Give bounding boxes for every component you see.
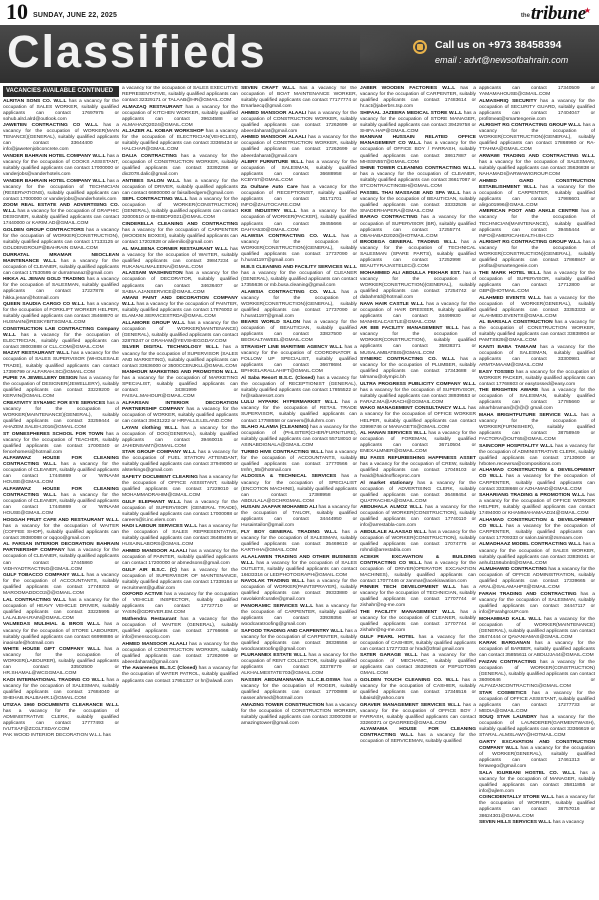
classified-ad: MANNAM HUSSAIN RELATED OFFICE MANAGEMENT… bbox=[360, 135, 476, 165]
classified-ad: SILVER DIGITAL TECHNOLOGY W.L.L has a va… bbox=[122, 345, 238, 369]
classified-ad: SATER GARAGE W.L.L has a vacancy for the… bbox=[360, 653, 476, 677]
classifieds-banner: Classifieds Call us on +973 38458394 ema… bbox=[0, 25, 599, 83]
masthead-logo: the tribune ★ bbox=[521, 3, 591, 25]
classified-ad: SLAHO ALAMIA (CLEANING) has a vacancy fo… bbox=[241, 425, 357, 449]
classified-ad: AR BIB FACILITY MANAGEMENT W.L.L has a v… bbox=[360, 326, 476, 356]
classified-ad: PASSEL THAI MASSAGE AND SPA W.L.L has a … bbox=[360, 191, 476, 215]
classified-ad: SAFETY DOCUMENT CLEARING has a vacancy f… bbox=[122, 475, 238, 499]
classified-ad: GARTY EXCAVATION AND CONSTRUCTION COMPAN… bbox=[479, 740, 595, 770]
classified-ad: MAHA BRIGHTFUTURE SERVICE W.L.L has a va… bbox=[479, 413, 595, 443]
classified-ad: Za Oultane Auto Care has a vacancy for t… bbox=[241, 185, 357, 209]
classified-ad: THE MARK HOTEL W.L.L has a vacancy for t… bbox=[479, 271, 595, 295]
page-header: 10 SUNDAY, JUNE 22, 2025 the tribune ★ bbox=[0, 0, 599, 24]
classified-ad: SEVEN CRAFT W.L.L has a vacancy for the … bbox=[241, 86, 357, 110]
classified-ad: MAZAT RESTAURANT W.L.L has a vacancy for… bbox=[3, 351, 119, 375]
classified-ad: THE FACILITY MANAGEMENT W.L.L has a vaca… bbox=[360, 610, 476, 634]
classified-ad: JABER WOODEN FACTORIES W.L.L has a vacan… bbox=[360, 86, 476, 110]
classified-ad: AMANI PAINT AND DECORATION COMPANY W.L.L… bbox=[122, 296, 238, 320]
classified-ad: STAR GROUP COMPANY W.L.L has a vacancy f… bbox=[122, 450, 238, 474]
ad-list: a vacancy for the occupation of SALES EX… bbox=[122, 86, 238, 685]
classified-ad: SHINE TOWER CLEANING CONTRACTING W.L.L h… bbox=[360, 166, 476, 190]
classified-ad: NASSER ABDUMANNAMA S.L.C.B.OSWA has a va… bbox=[241, 678, 357, 702]
classified-ad: ALYAMAMA HOUSE FOR CLEANING CONTRACTING … bbox=[360, 727, 476, 745]
classified-ad: GULF ELEPHANT W.L.L has a vacancy for th… bbox=[122, 500, 238, 524]
classifieds-columns: VACANCIES AVAILABLE CONTINUED ALRITAN SO… bbox=[3, 86, 596, 898]
classified-ad: GULF AIR B.S.C. (C) has a vacancy for th… bbox=[122, 568, 238, 592]
classified-ad: KKE INDUSTRY W.L.L has a vacancy for the… bbox=[241, 209, 357, 233]
classified-ad: KADI INTERNATIONAL TRADING CO W.L.L has … bbox=[3, 678, 119, 702]
classified-ad: ABDULALE ALAASAD W.L.L has a vacancy for… bbox=[360, 530, 476, 554]
section-title: Classifieds bbox=[7, 29, 267, 74]
classified-ad: AHMED MANSOOR ALAALI has a vacancy for t… bbox=[241, 111, 357, 135]
classified-ad: SAHARIANG TRADING & PROMOTION W.L.L has … bbox=[479, 493, 595, 517]
classified-ad: LAYAN clothing W.L.L has a vacancy for t… bbox=[122, 426, 238, 450]
classified-ad: VANDER BAHRAIN HOTEL COMPANY W.L.L has a… bbox=[3, 179, 119, 203]
ad-list: ALRITAN SONS CO. W.L.L has a vacancy for… bbox=[3, 99, 119, 740]
classified-ad: OXFORD ACTIVE has a vacancy for the occu… bbox=[122, 592, 238, 616]
classified-ad: PANORAMIC SERVICES W.L.L has a vacancy f… bbox=[241, 604, 357, 628]
classified-ad: ULTRA PROGRESS PUBLICITY COMPANY W.L.L h… bbox=[360, 382, 476, 406]
classified-ad: ALFAWWAZ HOUSE FOR CLEANING CONTRACTING … bbox=[3, 487, 119, 517]
classified-ad: CREATIVITY SYNAMIC FOR EYE SERVICES has … bbox=[3, 401, 119, 431]
section-heading: VACANCIES AVAILABLE CONTINUED bbox=[3, 86, 119, 97]
contact-email: email : advt@newsofbahrain.com bbox=[435, 55, 568, 65]
classified-ad: VANDER BAHRAIN HOTEL COMPANY W.L.L has a… bbox=[3, 154, 119, 178]
classified-ad: CINDERELLA CLEANING AND CONTRACTING has … bbox=[122, 222, 238, 246]
classified-ad: ACEKIR EXCAVATION & BUILDING CONTRACTING… bbox=[360, 555, 476, 585]
classified-ad: ALAALAWEN TRADING AND OTHER BUSINESS W.L… bbox=[241, 555, 357, 579]
classified-ad: ST OMNESPHERES SCHOOL FOR TOWN has a vac… bbox=[3, 432, 119, 456]
classified-ad: The Awareness BL.S.C (Closed) has a vaca… bbox=[122, 666, 238, 684]
classified-ad: AL BARSALA CONSTRUCTION has a vacancy fo… bbox=[479, 320, 595, 344]
classified-ad: PLURANNEX ESTATE W.L.L has a vacancy for… bbox=[241, 653, 357, 677]
classified-ad: COINCIDENTALLY STORE W.L.L has a vacancy… bbox=[479, 795, 595, 819]
classified-ad: AL FARSAN INTERIOR DECORATION BAHRAIN PA… bbox=[3, 542, 119, 572]
classified-ad: ALBRY FURNITURE W.L.L has a vacancy for … bbox=[241, 160, 357, 184]
phone-icon bbox=[413, 40, 427, 54]
classified-ad: GRAVER MANAGEMENT SERVICES W.L.L has a v… bbox=[360, 703, 476, 727]
classified-ad: MOHAMMAD KALIL W.L.L has a vacancy for t… bbox=[479, 617, 595, 641]
classified-ad: Al Saba Resort B.S.C. (Closed) has a vac… bbox=[241, 376, 357, 400]
classified-ad: ALRITAN SONS CO. W.L.L has a vacancy for… bbox=[3, 99, 119, 123]
classified-ad: SOUQ STAR LAUNDRY has a vacancy for the … bbox=[479, 715, 595, 739]
masthead-star-icon: ★ bbox=[584, 6, 591, 15]
classified-ad: HOGGAH FRUIT CAFE AND RESTAURANT W.L.L h… bbox=[3, 518, 119, 542]
classified-ad: AHMED GARD CONSTRUCTION ESTABLISHMENT W.… bbox=[479, 179, 595, 209]
classified-ad: ALMASHRIQ SECURITY has a vacancy for the… bbox=[479, 99, 595, 123]
masthead-name: tribune bbox=[531, 3, 586, 25]
classified-ad: AHMED MANSOOR ALAALI has a vacancy for t… bbox=[122, 642, 238, 666]
classified-ad: STAR COSMETICS has a vacancy for the occ… bbox=[479, 691, 595, 715]
masthead-prefix: the bbox=[521, 13, 530, 19]
column-2: a vacancy for the occupation of SALES EX… bbox=[122, 86, 238, 898]
classified-ad: PINNER TECH DEVELOPMENT W.L.L has a vaca… bbox=[360, 585, 476, 609]
classified-ad: HADI LABOUR SERVICES W.L.L has a vacancy… bbox=[122, 524, 238, 548]
classified-ad: DURRATAL MRAMAR NEOCLEAN MAINTENANCE W.L… bbox=[3, 253, 119, 277]
classified-ad: WAKO MANAGEMENT CONSULTANCY W.L.L has a … bbox=[360, 406, 476, 430]
classified-ad: AHMED MANSOOR ALAALI has a vacancy for t… bbox=[241, 135, 357, 159]
classified-ad: SAFOOD TRADING AND CARPENTRY W.L.L has a… bbox=[241, 629, 357, 653]
column-1: VACANCIES AVAILABLE CONTINUED ALRITAN SO… bbox=[3, 86, 119, 898]
classified-ad: ALDOSSA & TECHNICAL SERVICES has a vacan… bbox=[241, 474, 357, 504]
classified-ad: ALASSAM WASHINGTON has a vacancy for the… bbox=[122, 271, 238, 295]
classified-ad: ALRIGHT RG CONTRACTING GROUP W.L.L has a… bbox=[479, 123, 595, 153]
classified-ad: SEVEN HILLS SERVICES W.L.L has a vacancy bbox=[479, 820, 595, 826]
classified-ad: QUEEN SAUDIA CARGO CO W.L.L has a vacanc… bbox=[3, 302, 119, 326]
page-number: 10 bbox=[6, 1, 28, 23]
classified-ad: SAINCORP HOSPITALITY W.L.L has a vacancy… bbox=[479, 444, 595, 468]
classified-ad: BEARS WORLD SALON has a vacancy for the … bbox=[241, 320, 357, 344]
classified-ad: TURBO HIVE CONTRACTING W.L.L has a vacan… bbox=[241, 450, 357, 474]
classified-ad: BARAO CONTRACTING has a vacancy for the … bbox=[360, 215, 476, 239]
classified-ad: AMERICAN FOOT AND ANKLE CENTRE has a vac… bbox=[479, 209, 595, 239]
classified-ad: HIKKA AL JENAN GOLD TRADING has a vacanc… bbox=[3, 277, 119, 301]
ad-list: SEVEN CRAFT W.L.L has a vacancy for the … bbox=[241, 86, 357, 727]
classified-ad: ALHAMAD CONSTRUCTION & DEVELOPMENT CO W.… bbox=[479, 518, 595, 542]
classified-ad: ALMUHAWID CONTRACTING has a vacancy for … bbox=[479, 567, 595, 591]
classified-ad: ZOOM REAL ESTATE AND ADVERTISING CO. W.L… bbox=[3, 203, 119, 227]
classified-ad: UTIZAA 1960 DOCUMENTS CLEARANCE W.L.L ha… bbox=[3, 703, 119, 733]
classified-ad: SEPL CONTRACTING W.L.L has a vacancy for… bbox=[122, 197, 238, 221]
classified-ad: AL MALEENA CORNER RESTAURANT W.L.L has a… bbox=[122, 247, 238, 271]
classified-ad: ALAHMED EVENTS W.L.L has a vacancy for t… bbox=[479, 296, 595, 320]
classified-ad: LULU HYPARK HYPERMARKET W.L.L has a vaca… bbox=[241, 400, 357, 424]
classified-ad: M.B.S CLEANING AND FACILITY SERVICES W.L… bbox=[241, 265, 357, 289]
classified-ad: NAVOLAK TRADING W.L.L has a vacancy for … bbox=[241, 579, 357, 603]
classified-ad: ABDUHALA ALMOZ W.L.L has a vacancy for t… bbox=[360, 505, 476, 529]
column-4: JABER WOODEN FACTORIES W.L.L has a vacan… bbox=[360, 86, 476, 898]
ad-list: JABER WOODEN FACTORIES W.L.L has a vacan… bbox=[360, 86, 476, 746]
classified-ad: SALA IGURBANI HOSTEL CO. W.L.L has a vac… bbox=[479, 771, 595, 795]
classified-ad: FAIZAN CONTRACTING has a vacancy for the… bbox=[479, 660, 595, 690]
classified-ad: Mathendra Restaurant has a vacancy for t… bbox=[122, 617, 238, 641]
classified-ad: PUPIE 7A JEWELLERY DESIGN has a vacancy … bbox=[3, 376, 119, 400]
ad-list: applicants can contact 17340509 or YAMAM… bbox=[479, 86, 595, 826]
classified-ad: STRAIGHT LINE MARITIME AGENCY W.L.L has … bbox=[241, 345, 357, 375]
classified-ad: SHIFAAL JAZEERA MEDICAL STORE W.L.L has … bbox=[360, 111, 476, 135]
classified-ad: VALMEDAS MULIHIAL & BROS W.L.L has a vac… bbox=[3, 622, 119, 646]
classified-ad: GOLDEN TOUCH CLEANING CO. W.L.L has a va… bbox=[360, 678, 476, 702]
classified-ad: THE BRIGHTEN AWARE has a vacancy for the… bbox=[479, 388, 595, 412]
classified-ad: AMAZING TOWER CONSTRUCTION has a vacancy… bbox=[241, 703, 357, 727]
classified-ad: LAL CONTRACTING W.L.L has a vacancy for … bbox=[3, 598, 119, 622]
classified-ad: NAVA HAIR CASTLE W.L.L has a vacancy for… bbox=[360, 302, 476, 326]
classified-ad: ALAWSIA CONTRACTING CO. W.L.L has a vaca… bbox=[241, 234, 357, 264]
classified-ad: BU FAISS REFURBISHING HAPPINESS ASSET ha… bbox=[360, 456, 476, 480]
contact-block: Call us on +973 38458394 email : advt@ne… bbox=[403, 34, 593, 76]
classified-ad: ALJAZER AL KOBAR WORKSHOP has a vacancy … bbox=[122, 129, 238, 153]
classified-ad: AL HANAN SERVICES W.L.L has a vacancy fo… bbox=[360, 431, 476, 455]
classified-ad: BRODEGA GENERAL TRADING W.L.L has a vaca… bbox=[360, 240, 476, 270]
classified-ad: JAWETEN CONTRACTING CO W.L.L has a vacan… bbox=[3, 123, 119, 153]
classified-ad: KANTI BABA TAMAAM has a vacancy for the … bbox=[479, 345, 595, 369]
classified-ad: KARAK BARGANAN has a vacancy for the occ… bbox=[479, 641, 595, 659]
classified-ad: FLY BOY GENERAL TRADING W.L.L has a vaca… bbox=[241, 530, 357, 554]
classified-ad: ALMAZAQ RESTAURANT has a vacancy for the… bbox=[122, 105, 238, 129]
classified-ad: EASY TOSSED has a vacancy for the occupa… bbox=[479, 370, 595, 388]
classified-ad: CONSTRUCTION LAB CONTRACTING Company W.L… bbox=[3, 327, 119, 351]
classified-ad: ARWAWI TRADING AND CONTRACTING W.L.L has… bbox=[479, 154, 595, 178]
column-3: SEVEN CRAFT W.L.L has a vacancy for the … bbox=[241, 86, 357, 898]
classified-ad: ALFARSAN INTERIOR DECORATION PARTNERSHIP… bbox=[122, 401, 238, 425]
classified-ad: FARAH TRADING AND CONTRACTING has a vaca… bbox=[479, 592, 595, 616]
classified-ad: ALFAWWAZ HOUSE FOR CLEANING CONTRACTING … bbox=[3, 456, 119, 486]
column-5: applicants can contact 17340509 or YAMAM… bbox=[479, 86, 595, 898]
classified-ad: ALAWSIA CONTRACTING CO. W.L.L has a vaca… bbox=[241, 290, 357, 320]
classified-ad: AHMED MANSOOR ALAALI has a vacancy for t… bbox=[122, 549, 238, 567]
classified-ad: MANHOUR MARKETING AND PROMOTION W.L.L ha… bbox=[122, 370, 238, 400]
classified-ad: SYNERIC CONTRACTING CO. W.L.L has a vaca… bbox=[360, 357, 476, 381]
classified-ad: WHITE HOUSE GIFT COMPANY W.L.L has a vac… bbox=[3, 647, 119, 677]
classified-ad: ALRIGHT RG CONTRACTING GROUP W.L.L has a… bbox=[479, 240, 595, 270]
classified-ad: ALHAMAD CONSTRUCTION & DEVELOPMENT CO W.… bbox=[479, 468, 595, 492]
classified-ad: GOLDEN GROUP CONTRACTORS has a vacancy f… bbox=[3, 228, 119, 252]
classified-ad: ANTIBES SALON W.L.L has a vacancy for th… bbox=[122, 179, 238, 197]
classified-ad: a vacancy for the occupation of SALES EX… bbox=[122, 86, 238, 104]
classified-ad: DALIA CONTRACTING has a vacancy for the … bbox=[122, 154, 238, 178]
classified-ad: Al market stationary has a vacancy for t… bbox=[360, 481, 476, 505]
classified-ad: HUSAIN JAAFAR MOHAMED ALI has a vacancy … bbox=[241, 505, 357, 529]
classified-ad: ALMADHAAZ MODEL CONTRACTING W.L.L has a … bbox=[479, 542, 595, 566]
contact-phone: Call us on +973 38458394 bbox=[435, 39, 561, 51]
classified-ad: PAK WOOD INTERIOR DECORATION W.L.L has bbox=[3, 733, 119, 739]
classified-ad: applicants can contact 17340509 or YAMAM… bbox=[479, 86, 595, 98]
classified-ad: MOHAMMED ALI ABDULLA FEKHAR EST. has a v… bbox=[360, 271, 476, 301]
classified-ad: GULF TOBACCO COMPANY W.L.L has a vacancy… bbox=[3, 573, 119, 597]
classified-ad: GULF PEARL HOTEL has a vacancy for the o… bbox=[360, 635, 476, 653]
issue-date: SUNDAY, JUNE 22, 2025 bbox=[33, 12, 117, 19]
classified-ad: ALLAMORE GROUP W.L.L has a vacancy for t… bbox=[122, 321, 238, 345]
